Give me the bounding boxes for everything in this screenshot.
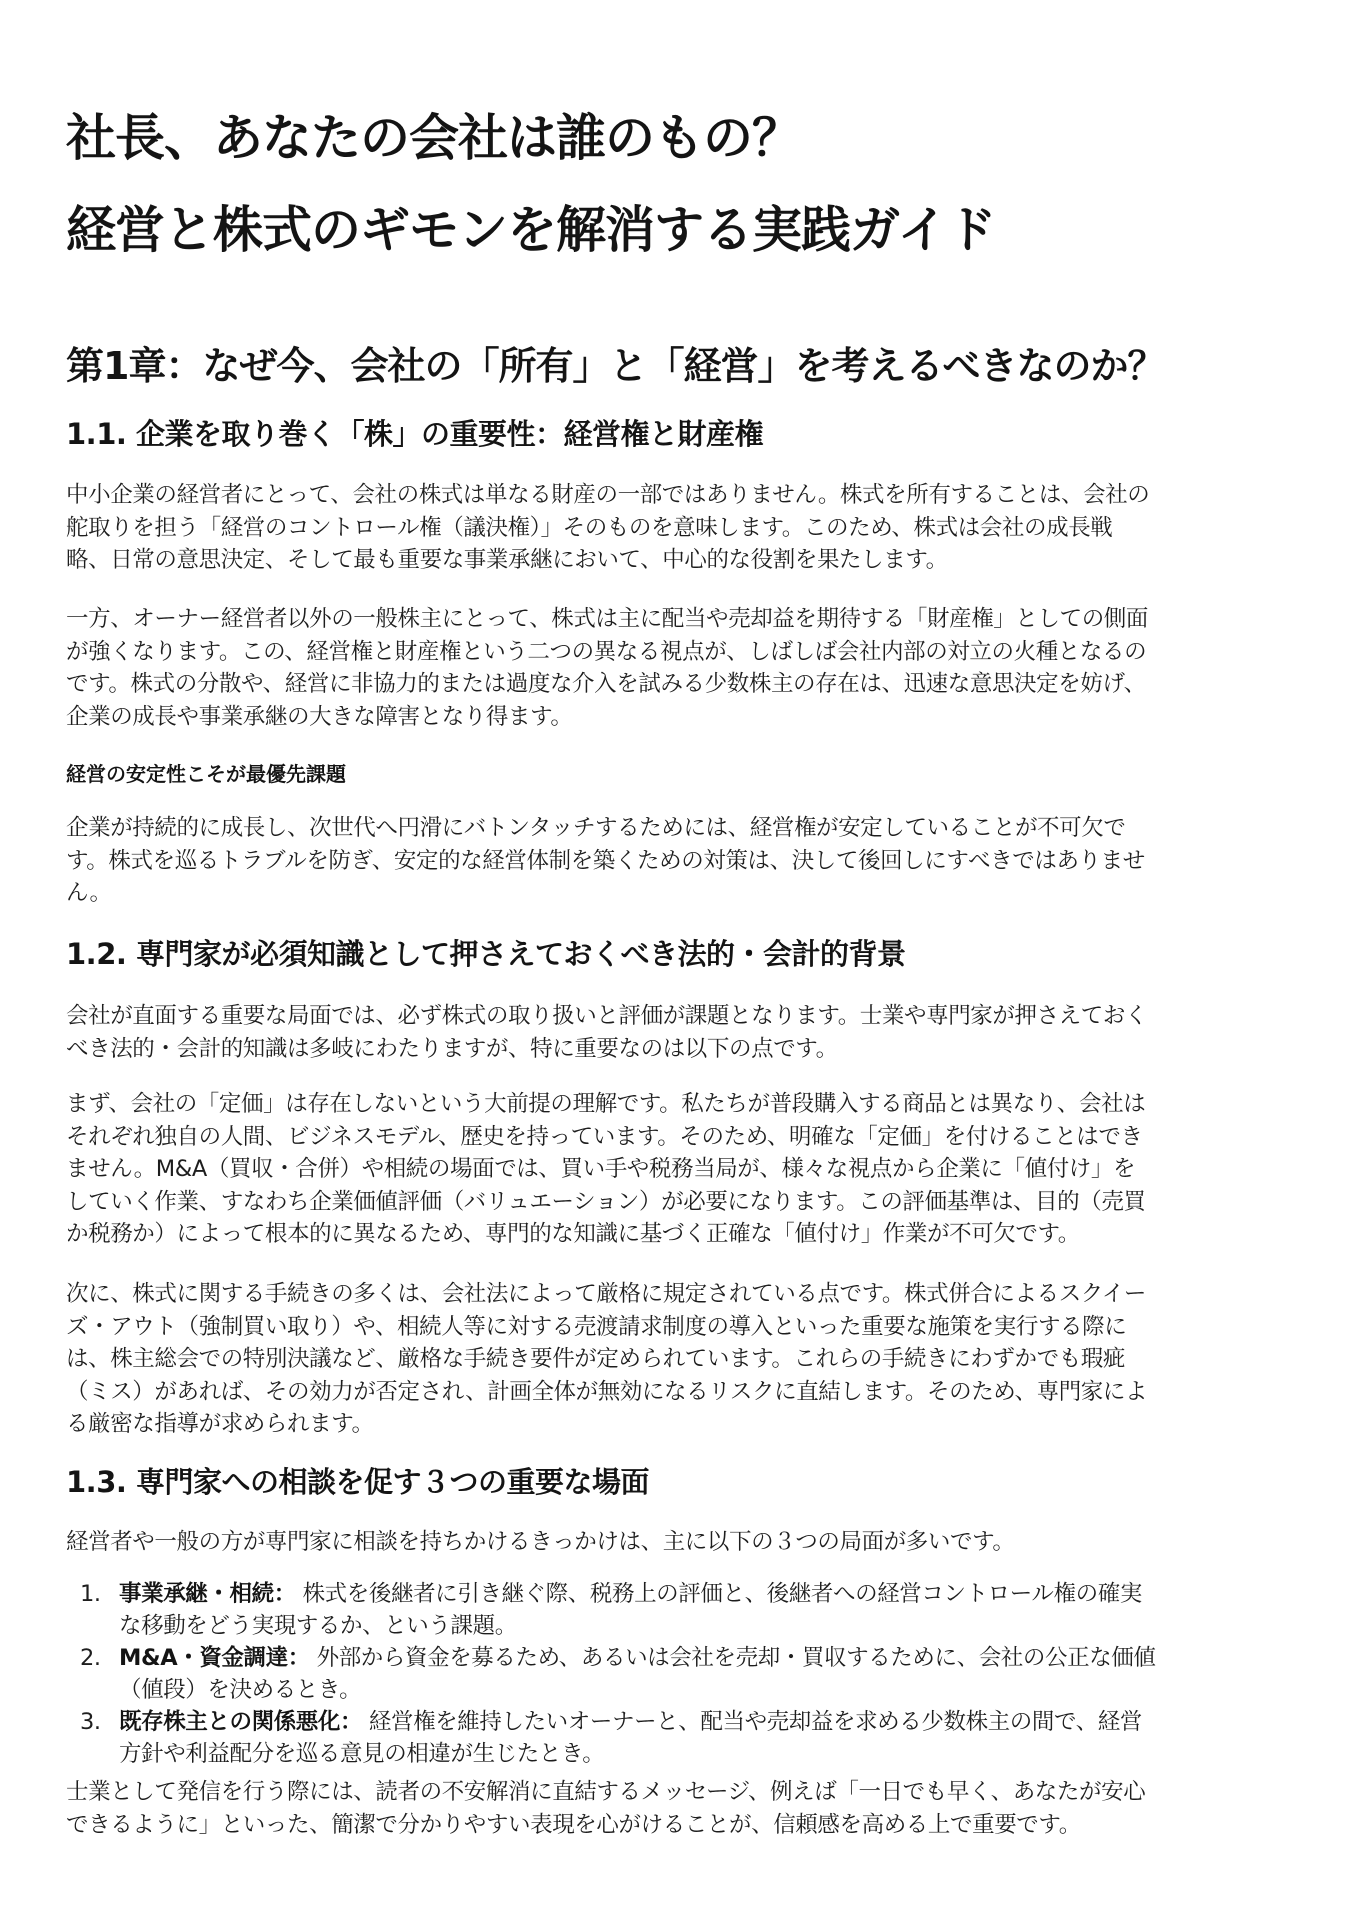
list-item: 2. M&A・資金調達： 外部から資金を募るため、あるいは会社を売却・買収するた… <box>66 1642 1156 1706</box>
text-line: 経営者や一般の方が専門家に相談を持ちかけるきっかけは、主に以下の３つの局面が多い… <box>66 1526 1306 1559</box>
text-line: な移動をどう実現するか、という課題。 <box>119 1610 1156 1642</box>
document-title: 社長、あなたの会社は誰のもの？ 経営と株式のギモンを解消する実践ガイド <box>66 92 996 276</box>
text-line: 企業の成長や事業承継の大きな障害となり得ます。 <box>66 701 1306 734</box>
list-item: 1. 事業承継・相続： 株式を後継者に引き継ぐ際、税務上の評価と、後継者への経営… <box>66 1578 1156 1642</box>
section-1-2-paragraph-1: 会社が直面する重要な局面では、必ず株式の取り扱いと評価が課題となります。士業や専… <box>66 1000 1306 1065</box>
text-line: 既存株主との関係悪化： 経営権を維持したいオーナーと、配当や売却益を求める少数株… <box>119 1706 1156 1738</box>
text-line: （ミス）があれば、その効力が否定され、計画全体が無効になるリスクに直結します。そ… <box>66 1376 1306 1409</box>
text-line: ません。M&A（買収・合併）や相続の場面では、買い手や税務当局が、様々な視点から… <box>66 1153 1306 1186</box>
section-1-2-paragraph-3: 次に、株式に関する手続きの多くは、会社法によって厳格に規定されている点です。株式… <box>66 1278 1306 1441</box>
text-line: できるように」といった、簡潔で分かりやすい表現を心がけることが、信頼感を高める上… <box>66 1809 1306 1842</box>
text-line: それぞれ独自の人間、ビジネスモデル、歴史を持っています。そのため、明確な「定価」… <box>66 1121 1306 1154</box>
text-line: （値段）を決めるとき。 <box>119 1674 1156 1706</box>
text-line: していく作業、すなわち企業価値評価（バリュエーション）が必要になります。この評価… <box>66 1186 1306 1219</box>
section-1-2-paragraph-2: まず、会社の「定価」は存在しないという大前提の理解です。私たちが普段購入する商品… <box>66 1088 1306 1251</box>
section-1-3-heading: 1.3. 専門家への相談を促す３つの重要な場面 <box>66 1462 649 1502</box>
list-item-text: 経営権を維持したいオーナーと、配当や売却益を求める少数株主の間で、経営 <box>369 1709 1142 1735</box>
section-1-1-subheading: 経営の安定性こそが最優先課題 <box>66 759 346 789</box>
section-1-3-closing: 士業として発信を行う際には、読者の不安解消に直結するメッセージ、例えば「一日でも… <box>66 1776 1306 1841</box>
text-line: まず、会社の「定価」は存在しないという大前提の理解です。私たちが普段購入する商品… <box>66 1088 1306 1121</box>
text-line: 一方、オーナー経営者以外の一般株主にとって、株式は主に配当や売却益を期待する「財… <box>66 603 1306 636</box>
text-line: 企業が持続的に成長し、次世代へ円滑にバトンタッチするためには、経営権が安定してい… <box>66 812 1306 845</box>
list-item-text: 外部から資金を募るため、あるいは会社を売却・買収するために、会社の公正な価値 <box>317 1645 1156 1671</box>
text-line: 士業として発信を行う際には、読者の不安解消に直結するメッセージ、例えば「一日でも… <box>66 1776 1306 1809</box>
text-line: る厳密な指導が求められます。 <box>66 1408 1306 1441</box>
key-situations-list: 1. 事業承継・相続： 株式を後継者に引き継ぐ際、税務上の評価と、後継者への経営… <box>66 1578 1156 1770</box>
text-line: べき法的・会計的知識は多岐にわたりますが、特に重要なのは以下の点です。 <box>66 1033 1306 1066</box>
list-item-label: 事業承継・相続： <box>119 1581 296 1607</box>
list-item-label: M&A・資金調達： <box>119 1645 310 1671</box>
text-line: 略、日常の意思決定、そして最も重要な事業承継において、中心的な役割を果たします。 <box>66 544 1306 577</box>
section-1-2-heading: 1.2. 専門家が必須知識として押さえておくべき法的・会計的背景 <box>66 934 906 974</box>
text-line: が強くなります。この、経営権と財産権という二つの異なる視点が、しばしば会社内部の… <box>66 636 1306 669</box>
section-1-3-intro: 経営者や一般の方が専門家に相談を持ちかけるきっかけは、主に以下の３つの局面が多い… <box>66 1526 1306 1559</box>
text-line: 舵取りを担う「経営のコントロール権（議決権）」そのものを意味します。このため、株… <box>66 512 1306 545</box>
text-line: は、株主総会での特別決議など、厳格な手続き要件が定められています。これらの手続き… <box>66 1343 1306 1376</box>
title-line-1: 社長、あなたの会社は誰のもの？ <box>66 92 996 184</box>
text-line: 事業承継・相続： 株式を後継者に引き継ぐ際、税務上の評価と、後継者への経営コント… <box>119 1578 1156 1610</box>
text-line: ズ・アウト（強制買い取り）や、相続人等に対する売渡請求制度の導入といった重要な施… <box>66 1311 1306 1344</box>
section-1-1-paragraph-1: 中小企業の経営者にとって、会社の株式は単なる財産の一部ではありません。株式を所有… <box>66 479 1306 577</box>
list-item-label: 既存株主との関係悪化： <box>119 1709 362 1735</box>
list-number: 3. <box>80 1706 101 1738</box>
list-item-text: 株式を後継者に引き継ぐ際、税務上の評価と、後継者への経営コントロール権の確実 <box>303 1581 1142 1607</box>
list-item: 3. 既存株主との関係悪化： 経営権を維持したいオーナーと、配当や売却益を求める… <box>66 1706 1156 1770</box>
text-line: ん。 <box>66 877 1306 910</box>
chapter-1-heading: 第1章：なぜ今、会社の「所有」と「経営」を考えるべきなのか？ <box>66 342 1164 390</box>
list-number: 2. <box>80 1642 101 1674</box>
text-line: か税務か）によって根本的に異なるため、専門的な知識に基づく正確な「値付け」作業が… <box>66 1218 1306 1251</box>
text-line: M&A・資金調達： 外部から資金を募るため、あるいは会社を売却・買収するために、… <box>119 1642 1156 1674</box>
title-line-2: 経営と株式のギモンを解消する実践ガイド <box>66 184 996 276</box>
text-line: す。株式を巡るトラブルを防ぎ、安定的な経営体制を築くための対策は、決して後回しに… <box>66 845 1306 878</box>
text-line: 次に、株式に関する手続きの多くは、会社法によって厳格に規定されている点です。株式… <box>66 1278 1306 1311</box>
list-number: 1. <box>80 1578 101 1610</box>
text-line: 会社が直面する重要な局面では、必ず株式の取り扱いと評価が課題となります。士業や専… <box>66 1000 1306 1033</box>
section-1-1-heading: 1.1. 企業を取り巻く「株」の重要性：経営権と財産権 <box>66 414 763 454</box>
page-cutoff-remnant <box>66 1852 1306 1858</box>
text-line: 方針や利益配分を巡る意見の相違が生じたとき。 <box>119 1738 1156 1770</box>
section-1-1-paragraph-3: 企業が持続的に成長し、次世代へ円滑にバトンタッチするためには、経営権が安定してい… <box>66 812 1306 910</box>
text-line: 中小企業の経営者にとって、会社の株式は単なる財産の一部ではありません。株式を所有… <box>66 479 1306 512</box>
text-line: です。株式の分散や、経営に非協力的または過度な介入を試みる少数株主の存在は、迅速… <box>66 668 1306 701</box>
section-1-1-paragraph-2: 一方、オーナー経営者以外の一般株主にとって、株式は主に配当や売却益を期待する「財… <box>66 603 1306 733</box>
